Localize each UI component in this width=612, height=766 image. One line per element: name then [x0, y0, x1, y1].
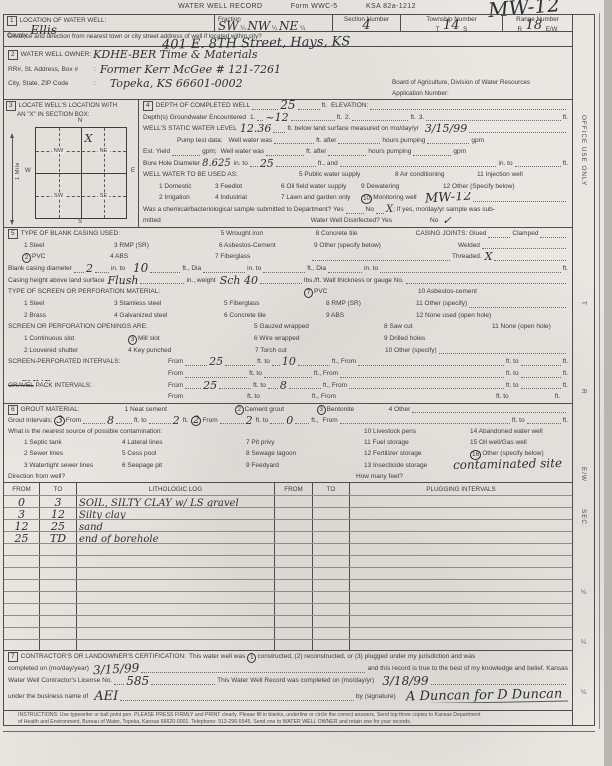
well-x-mark: X	[85, 132, 93, 145]
ft-from-label: ft., From	[323, 380, 347, 392]
from-label: From	[168, 368, 183, 380]
ft-dia-label: ft., Dia	[307, 263, 326, 275]
bore-depth-value: 25	[260, 158, 274, 170]
contam-option-6: 6 Seepage pit	[122, 460, 246, 471]
from-label: From	[202, 415, 217, 426]
ft-label: ft.	[563, 356, 568, 368]
row-to: 12	[51, 508, 65, 519]
gpm-semicolon-label: gpm;	[202, 146, 216, 158]
scanned-paper: WATER WELL RECORD Form WWC-5 KSA 82a-121…	[0, 0, 604, 766]
empty-row	[4, 591, 572, 603]
joints-clamped-label: Clamped	[512, 228, 538, 240]
row-from: 0	[18, 496, 25, 507]
sidebar-quarter-label: ¼	[580, 689, 587, 697]
one-mile-arrow	[12, 136, 13, 222]
use-option-6: 6 Oil field water supply	[281, 181, 361, 193]
contamination-question: What is the nearest source of possible c…	[8, 426, 364, 437]
grout-interval-1-mark: 3	[54, 416, 64, 426]
row-to: 3	[55, 496, 62, 507]
ft-label: ft.	[563, 112, 568, 124]
section-2-number: 2	[8, 50, 18, 60]
empty-row	[4, 639, 572, 651]
use-heading: WELL WATER TO BE USED AS:	[143, 169, 299, 181]
section-4-number: 4	[143, 101, 153, 111]
ft-comma-label: ft.,	[311, 415, 318, 426]
use-option-8: 8 Air conditioning	[395, 169, 477, 181]
compass-west: W	[25, 168, 31, 174]
casing-option-5: 5 Wrought iron	[221, 228, 316, 240]
cert-text-2b: and this record is true to the best of m…	[367, 663, 568, 675]
owner-address-label: RR#, St. Address, Box #	[8, 63, 94, 77]
screen-material-title: TYPE OF SCREEN OR PERFORATION MATERIAL:	[8, 286, 304, 298]
section-3-location-box: 3LOCATE WELL'S LOCATION WITH AN "X" IN S…	[4, 100, 139, 227]
opening-option-4: 4 Key punched	[128, 345, 255, 357]
grout-interval-2-mark: 2	[191, 416, 201, 426]
direction-from-well-label: Direction from well?	[8, 471, 356, 482]
empty-row	[4, 603, 572, 615]
right-edge-line	[599, 13, 600, 729]
row-from: 12	[15, 520, 29, 531]
fraction-q3: NE	[279, 19, 298, 33]
gw-1-value: ~12	[265, 112, 288, 124]
ft-to-label: ft. to	[249, 368, 262, 380]
sidebar-r-label: R	[580, 389, 587, 395]
compass-east: E	[131, 168, 135, 174]
joints-glued-label: CASING JOINTS: Glued	[416, 228, 487, 240]
office-use-only-label: OFFICE USE ONLY	[580, 115, 587, 186]
hours-pumping-label: hours pumping	[382, 135, 425, 147]
quadrant-ne: NE	[97, 148, 109, 154]
bottom-double-border	[3, 731, 595, 732]
owner-address-value: Former Kerr McGee # 121-7261	[100, 63, 281, 77]
empty-row	[4, 555, 572, 567]
grout-2-from: 2	[246, 415, 253, 426]
certification-title: CONTRACTOR'S OR LANDOWNER'S CERTIFICATIO…	[21, 651, 186, 663]
row-log: Silty clay	[79, 510, 126, 519]
table-row: 12 25 sand	[4, 519, 572, 531]
col-to-1: TO	[39, 483, 76, 495]
sidebar-quarter-label: ¼	[580, 589, 587, 597]
casing-option-7: 7 Fiberglass	[215, 251, 310, 263]
weight-value: Sch 40	[220, 275, 258, 287]
ft-label: ft.	[563, 368, 568, 380]
grout-2-to: 0	[286, 415, 293, 426]
license-value: 585	[126, 675, 149, 687]
screen-option-3: 3 Stainless steel	[114, 298, 224, 310]
screen-option-1: 1 Steel	[24, 298, 114, 310]
screen-option-11: 11 Other (specify)	[416, 298, 467, 310]
owner-label: WATER WELL OWNER:	[21, 47, 92, 63]
col-from-2: FROM	[274, 483, 312, 495]
contam-option-9: 9 Feedyard	[246, 460, 364, 471]
gpm-label: gpm	[471, 135, 484, 147]
grout-1-from: 8	[107, 415, 114, 426]
record-date-value: 3/18/99	[382, 675, 428, 687]
well-water-was-label: Well water was	[229, 135, 273, 147]
ft-to-label: ft. to	[256, 415, 269, 426]
empty-row	[4, 579, 572, 591]
grout-option-2-circled: 2	[235, 405, 244, 415]
form-body: 1LOCATION OF WATER WELL: County: Ellis F…	[3, 14, 595, 726]
contam-option-11: 11 Fuel storage	[364, 437, 470, 448]
from-label: From	[323, 415, 338, 426]
screen-interval-to: 10	[282, 356, 296, 368]
gravel-interval-to: 8	[280, 380, 287, 392]
grout-option-4: 4 Other	[389, 404, 411, 415]
owner-city-label: City, State, ZIP Code	[8, 77, 94, 91]
static-level-label: WELL'S STATIC WATER LEVEL	[143, 123, 237, 135]
opening-option-1: 1 Continuous slot	[24, 333, 128, 345]
ft-label: ft.	[563, 415, 568, 426]
quadrant-nw: NW	[52, 148, 66, 154]
casing-title: TYPE OF BLANK CASING USED:	[21, 228, 221, 240]
monitoring-well-id-handwritten: MW-12	[424, 192, 471, 204]
wall-thickness-label: lbs./ft. Wall thickness or gauge No.	[304, 275, 404, 287]
section-3-title-1: LOCATE WELL'S LOCATION WITH	[19, 102, 118, 109]
ft-from-label: ft., From	[332, 356, 356, 368]
casing-option-8: 8 Concrete tile	[316, 228, 416, 240]
cert-text-1a: This water well was	[189, 651, 245, 663]
quarter-symbol: ¼	[272, 25, 277, 32]
row-log: SOIL, SILTY CLAY w/ LS gravel	[79, 498, 239, 507]
disinfected-label: Water Well Disinfected? Yes	[311, 216, 392, 228]
section-5-casing: 5TYPE OF BLANK CASING USED:5 Wrought iro…	[4, 228, 572, 404]
cert-text-3b: This Water Well Record was completed on …	[217, 675, 374, 687]
use-option-10-label: Monitoring well	[373, 192, 416, 204]
row-from: 25	[15, 532, 29, 543]
table-body: 0 3 SOIL, SILTY CLAY w/ LS gravel 3 12 S…	[4, 495, 572, 543]
screen-option-5: 5 Fiberglass	[224, 298, 326, 310]
gw-1-label: 1.	[250, 112, 255, 124]
screen-option-7-label: PVC	[314, 286, 418, 298]
chem-sample-label-2: ; If yes, mo/day/yr sample was sub-	[393, 204, 495, 216]
cert-text-1b: constructed, (2) reconstructed, or (3) p…	[257, 651, 475, 663]
no-label: No	[366, 204, 374, 216]
table-row: 25 TD end of borehole	[4, 531, 572, 543]
application-number-label: Application Number:	[392, 88, 530, 99]
static-level-label-2: ft. below land surface measured on mo/da…	[287, 123, 419, 135]
pump-test-label: Pump test data:	[177, 135, 223, 147]
section-grid: NW NE SW SE X	[35, 127, 127, 219]
grout-title: GROUT MATERIAL:	[21, 404, 125, 415]
instructions-block: INSTRUCTIONS: Use typewriter or ball poi…	[4, 711, 572, 725]
ft-label: ft.	[337, 112, 342, 124]
disinfected-no-mark: ✓	[442, 216, 451, 228]
casing-depth-value: 10	[133, 263, 148, 275]
contam-option-1: 1 Septic tank	[24, 437, 122, 448]
sand-handwritten: SAND	[22, 380, 53, 385]
compass-south: S	[78, 219, 82, 225]
depth-completed-value: 25	[280, 100, 295, 112]
casing-height-value: Flush	[107, 275, 138, 287]
grout-option-3-label: Bentonite	[327, 404, 389, 415]
casing-option-2-label: PVC	[32, 251, 110, 263]
contam-option-8: 8 Sewage lagoon	[246, 449, 364, 460]
one-mile-label: 1 Mile	[15, 162, 21, 180]
screen-interval-from: 25	[209, 356, 223, 368]
col-to-2: TO	[312, 483, 349, 495]
section-5-number: 5	[8, 229, 18, 239]
gravel-interval-from: 25	[203, 380, 217, 392]
section-2-owner: 2WATER WELL OWNER:KDHE-BER Time & Materi…	[4, 47, 572, 100]
township-value: 14	[443, 18, 460, 33]
openings-title: SCREEN OR PERFORATION OPENINGS ARE:	[8, 321, 254, 333]
casing-option-1: 1 Steel	[24, 240, 114, 252]
opening-option-5: 5 Gauzed wrapped	[254, 321, 384, 333]
ft-label: ft.	[563, 263, 568, 275]
contam-option-10: 10 Livestock pens	[364, 426, 470, 437]
in-to-label: in. to	[498, 158, 512, 170]
opening-option-9: 9 Drilled holes	[384, 333, 425, 345]
casing-option-4: 4 ABS	[110, 251, 215, 263]
section-number-value: 4	[362, 18, 370, 33]
casing-option-3: 3 RMP (SR)	[114, 240, 219, 252]
screen-option-6: 6 Concrete tile	[224, 310, 326, 322]
in-to-label: in. to	[234, 158, 248, 170]
fraction-q1: SW	[218, 19, 239, 33]
hours-pumping-label: hours pumping	[368, 146, 411, 158]
grout-option-1: 1 Neat cement	[125, 404, 235, 415]
ft-after-label: ft. after	[316, 135, 336, 147]
empty-row	[4, 567, 572, 579]
quarter-symbol: ¼	[240, 25, 245, 32]
chem-sample-no-mark: X	[386, 204, 393, 216]
gw-3-label: 3.	[419, 112, 424, 124]
use-option-2: 2 Irrigation	[159, 192, 215, 204]
opening-option-2: 2 Louvered shutter	[24, 345, 128, 357]
bore-diameter-label: Bore Hole Diameter	[143, 158, 200, 170]
in-to-label: in. to	[247, 263, 261, 275]
ft-and-label: ft., and	[318, 158, 338, 170]
ft-to-label: ft. to	[506, 380, 519, 392]
table-row: 0 3 SOIL, SILTY CLAY w/ LS gravel	[4, 495, 572, 507]
ft-label: ft.	[183, 415, 188, 426]
section-7-certification: 7CONTRACTOR'S OR LANDOWNER'S CERTIFICATI…	[4, 651, 572, 711]
business-name-label: under the business name of	[8, 691, 88, 703]
section-3-number: 3	[6, 101, 16, 111]
casing-option-9: 9 Other (specify below)	[314, 240, 458, 252]
ft-label: ft.	[555, 391, 560, 403]
in-to-label: in. to	[111, 263, 125, 275]
opening-option-3-circled: 3	[128, 335, 137, 345]
grout-intervals-label: Grout Intervals:	[8, 415, 52, 426]
board-of-agriculture-label: Board of Agriculture, Division of Water …	[392, 77, 530, 88]
use-option-10-circled: 10	[361, 194, 372, 204]
contaminated-site-handwritten: contaminated site	[453, 456, 562, 472]
contam-option-14: 14 Abandoned water well	[470, 426, 543, 437]
ft-to-label: ft. to	[247, 391, 260, 403]
ft-to-label: ft. to	[506, 356, 519, 368]
row-from: 3	[18, 508, 25, 519]
range-value: 18	[526, 18, 543, 33]
ft-dia-label: ft., Dia	[182, 263, 201, 275]
instructions-line-2: of Health and Environment, Bureau of Wat…	[18, 719, 562, 725]
empty-row	[4, 627, 572, 639]
well-water-was-label: Well water was	[221, 146, 265, 158]
signature-value: A Duncan for D Duncan	[400, 689, 569, 703]
cert-text-2a: completed on (mo/day/year)	[8, 663, 89, 675]
use-option-3: 3 Feedlot	[215, 181, 281, 193]
screen-option-2: 2 Brass	[24, 310, 114, 322]
sidebar-sec-label: SEC.	[580, 509, 587, 528]
completed-date-value: 3/15/99	[93, 663, 140, 675]
signature-label: by (signature)	[356, 691, 396, 703]
ft-from-label: ft., From	[314, 368, 338, 380]
col-lithologic-log: LITHOLOGIC LOG	[76, 483, 274, 495]
static-level-value: 12.36	[240, 123, 272, 135]
opening-option-11: 11 None (open hole)	[492, 321, 551, 333]
ft-to-label: ft. to	[257, 356, 270, 368]
ft-from-label: ft., From	[312, 391, 336, 403]
row-log: sand	[79, 522, 103, 531]
section-4-well-data: 4DEPTH OF COMPLETED WELL25ft.ELEVATION: …	[139, 100, 572, 227]
ft-to-label: ft. to	[253, 380, 266, 392]
use-option-4: 4 Industrial	[215, 192, 281, 204]
chem-sample-label-3: mitted	[143, 216, 161, 228]
weight-label: in., weight	[186, 275, 215, 287]
section-3-title-2: AN "X" IN SECTION BOX:	[6, 111, 136, 118]
col-plugging-intervals: PLUGGING INTERVALS	[349, 483, 572, 495]
form-number: Form WWC-5	[291, 3, 338, 10]
static-level-date: 3/15/99	[425, 123, 467, 135]
office-use-sidebar: OFFICE USE ONLY T R E/W SEC. ¼ ¼ ¼	[573, 15, 594, 725]
compass-north: N	[78, 118, 82, 124]
owner-city-value: Topeka, KS 66601-0002	[110, 77, 243, 91]
casing-option-6: 6 Asbestos-Cement	[219, 240, 314, 252]
sidebar-quarter-label: ¼	[580, 639, 587, 647]
grout-1-to: 2	[173, 415, 180, 426]
colon: :	[94, 77, 96, 91]
joints-threaded-mark: X	[485, 251, 493, 263]
ft-label: ft.	[410, 112, 415, 124]
screen-option-4: 4 Galvanized steel	[114, 310, 224, 322]
sidebar-t-label: T	[580, 301, 587, 306]
from-label: From	[168, 380, 183, 392]
ft-label: ft.	[322, 100, 327, 112]
ft-label: ft.	[563, 158, 568, 170]
ft-to-label: ft. to	[512, 415, 525, 426]
bore-diameter-value: 8.625	[202, 158, 231, 170]
grout-option-3-circled: 3	[317, 405, 326, 415]
from-label: From	[168, 391, 183, 403]
opening-option-8: 8 Saw cut	[384, 321, 492, 333]
from-label: From	[168, 356, 183, 368]
section-1-location: 1LOCATION OF WATER WELL: County: Ellis F…	[4, 15, 572, 32]
joints-welded-label: Welded	[458, 240, 480, 252]
contam-option-2: 2 Sewer lines	[24, 449, 122, 460]
contam-option-5: 5 Cess pool	[122, 449, 246, 460]
section-3-4-row: 3LOCATE WELL'S LOCATION WITH AN "X" IN S…	[4, 100, 572, 228]
distance-direction-row: Distance and direction from nearest town…	[4, 32, 572, 47]
section-7-number: 7	[8, 652, 18, 662]
row-log: end of borehole	[79, 534, 159, 543]
est-yield-label: Est. Yield	[143, 146, 170, 158]
section-6-number: 6	[8, 405, 18, 415]
section-6-grout: 6GROUT MATERIAL:1 Neat cement2Cement gro…	[4, 404, 572, 483]
use-option-9: 9 Dewatering	[361, 181, 443, 193]
lithologic-table: FROM TO LITHOLOGIC LOG FROM TO PLUGGING …	[4, 483, 572, 651]
opening-option-3-label: Mill slot	[138, 333, 254, 345]
section-1-number: 1	[7, 16, 17, 26]
casing-height-label: Casing height above land surface	[8, 275, 104, 287]
quadrant-sw: SW	[52, 193, 65, 199]
business-name-value: AEI	[94, 691, 118, 703]
gw-2-label: 2.	[345, 112, 350, 124]
ft-to-label: ft. to	[506, 368, 519, 380]
screen-option-10: 10 Asbestos-cement	[418, 286, 477, 298]
use-option-5: 5 Public water supply	[299, 169, 395, 181]
casing-diameter-label: Blank casing diameter	[8, 263, 72, 275]
empty-row	[4, 615, 572, 627]
joints-threaded-label: Threaded.	[452, 251, 482, 263]
elevation-label: ELEVATION:	[331, 100, 368, 112]
contam-option-7: 7 Pit privy	[246, 437, 364, 448]
quadrant-se: SE	[98, 193, 110, 199]
use-option-11: 11 Injection well	[477, 169, 523, 181]
no-label: No	[430, 216, 438, 228]
form-statute: KSA 82a-1212	[366, 3, 416, 10]
quarter-symbol: ¼	[300, 25, 305, 32]
casing-diameter-value: 2	[86, 263, 93, 275]
col-from-1: FROM	[4, 483, 39, 495]
from-label: From	[66, 415, 81, 426]
screen-option-9: 9 ABS	[326, 310, 416, 322]
contam-option-3: 3 Watertight sewer lines	[24, 460, 122, 471]
depth-completed-label: DEPTH OF COMPLETED WELL	[156, 100, 251, 112]
constructed-circled: 1	[247, 653, 256, 663]
ft-to-label: ft. to	[496, 391, 509, 403]
form-title: WATER WELL RECORD	[178, 3, 262, 10]
screen-option-8: 8 RMP (SR)	[326, 298, 416, 310]
groundwater-label: Depth(s) Groundwater Encountered	[143, 112, 246, 124]
in-to-label: in. to	[364, 263, 378, 275]
license-label: Water Well Contractor's License No.	[8, 675, 112, 687]
row-to: TD	[50, 532, 66, 543]
screen-option-7-circled: 7	[304, 288, 313, 298]
colon: :	[94, 63, 96, 77]
opening-option-7: 7 Torch cut	[255, 345, 385, 357]
gpm-label: gpm	[453, 146, 466, 158]
how-many-feet-label: How many feet?	[356, 471, 403, 482]
screen-option-12: 12 None used (open hole)	[416, 310, 491, 322]
use-option-12: 12 Other (Specify below)	[443, 181, 515, 193]
opening-option-6: 6 Wire wrapped	[254, 333, 384, 345]
screen-intervals-label: SCREEN-PERFORATED INTERVALS:	[8, 356, 168, 368]
use-option-7: 7 Lawn and garden only	[281, 192, 361, 204]
contam-option-4: 4 Lateral lines	[122, 437, 246, 448]
row-to: 25	[51, 520, 65, 531]
table-header-row: FROM TO LITHOLOGIC LOG FROM TO PLUGGING …	[4, 483, 572, 495]
contam-option-13: 13 Insecticide storage	[364, 460, 427, 471]
use-option-1: 1 Domestic	[159, 181, 215, 193]
grout-option-2-label: Cement grout	[245, 404, 317, 415]
opening-option-10: 10 Other (specify)	[385, 345, 437, 357]
casing-option-2-circled: 2	[22, 253, 31, 263]
sidebar-ew-label: E/W	[580, 467, 587, 482]
fraction-q2: NW	[247, 19, 270, 33]
table-row: 3 12 Silty clay	[4, 507, 572, 519]
contam-option-15: 15 Oil well/Gas well	[470, 437, 527, 448]
chem-sample-label: Was a chemical/bacteriological sample su…	[143, 204, 344, 216]
empty-row	[4, 543, 572, 555]
ft-label: ft.	[563, 380, 568, 392]
ft-to-label: ft. to	[134, 415, 147, 426]
ft-after-label: ft. after	[306, 146, 326, 158]
